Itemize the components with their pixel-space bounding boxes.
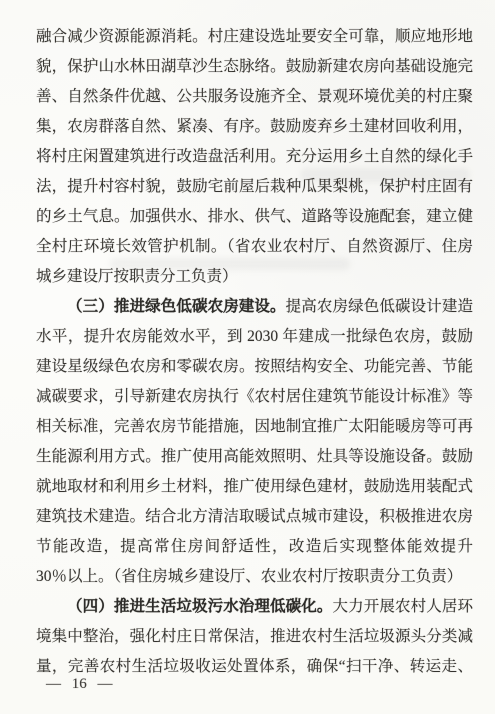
- text-segment: 的乡土气息。加强供水、排水、供气、道路等设施配套，建立健: [36, 208, 473, 225]
- text-segment: 貌，保护山水林田湖草沙生态脉络。鼓励新建农房向基础设施完: [36, 58, 473, 75]
- text-segment: 法，提升村容村貌，鼓励宅前屋后栽种瓜果梨桃，保护村庄固有: [36, 178, 473, 195]
- text-line: 善、自然条件优越、公共服务设施齐全、景观环境优美的村庄聚: [36, 82, 473, 112]
- text-segment: 相关标准，完善农房节能措施，因地制宜推广太阳能暖房等可再: [36, 418, 473, 435]
- text-line: 生能源利用方式。推广使用高能效照明、灶具等设施设备。鼓励: [36, 442, 473, 472]
- text-segment: 善、自然条件优越、公共服务设施齐全、景观环境优美的村庄聚: [36, 88, 473, 105]
- text-line: 就地取材和利用乡土材料，推广使用绿色建材，鼓励选用装配式: [36, 472, 473, 502]
- text-segment: 水平，提升农房能效水平，到 2030 年建成一批绿色农房，鼓励: [36, 328, 473, 345]
- text-segment: 30％以上。（省住房城乡建设厅、农业农村厅按职责分工负责）: [36, 568, 462, 585]
- text-segment: 城乡建设厅按职责分工负责）: [36, 268, 238, 285]
- text-segment: 将村庄闲置建筑进行改造盘活利用。充分运用乡土自然的绿化手: [36, 148, 473, 165]
- text-segment: 建设星级绿色农房和零碳农房。按照结构安全、功能完善、节能: [36, 358, 473, 375]
- text-line: 貌，保护山水林田湖草沙生态脉络。鼓励新建农房向基础设施完: [36, 52, 473, 82]
- text-segment: 节能改造，提高常住房间舒适性，改造后实现整体能效提升: [36, 538, 473, 555]
- text-segment: 量，完善农村生活垃圾收运处置体系，确保“扫干净、转运走、: [36, 658, 473, 675]
- text-segment: 境集中整治，强化村庄日常保洁，推进农村生活垃圾源头分类减: [36, 628, 473, 645]
- text-segment: 集，农房群落自然、紧凑、有序。鼓励废弃乡土建材回收利用，: [36, 118, 473, 135]
- text-segment: 减碳要求，引导新建农房执行《农村居住建筑节能设计标准》等: [36, 388, 473, 405]
- page-number: — 16 —: [46, 674, 113, 694]
- text-segment: 融合减少资源能源消耗。村庄建设选址要安全可靠，顺应地形地: [36, 28, 473, 45]
- text-line: 的乡土气息。加强供水、排水、供气、道路等设施配套，建立健: [36, 202, 473, 232]
- text-segment: 生能源利用方式。推广使用高能效照明、灶具等设施设备。鼓励: [36, 448, 473, 465]
- text-line: 将村庄闲置建筑进行改造盘活利用。充分运用乡土自然的绿化手: [36, 142, 473, 172]
- text-line: 节能改造，提高常住房间舒适性，改造后实现整体能效提升: [36, 532, 473, 562]
- text-line: （四）推进生活垃圾污水治理低碳化。大力开展农村人居环: [36, 592, 473, 622]
- text-block: 融合减少资源能源消耗。村庄建设选址要安全可靠，顺应地形地貌，保护山水林田湖草沙生…: [36, 22, 473, 682]
- text-line: 建筑技术建造。结合北方清洁取暖试点城市建设，积极推进农房: [36, 502, 473, 532]
- section-heading: （三）推进绿色低碳农房建设。: [67, 298, 286, 315]
- text-line: 水平，提升农房能效水平，到 2030 年建成一批绿色农房，鼓励: [36, 322, 473, 352]
- text-line: 全村庄环境长效管护机制。（省农业农村厅、自然资源厅、住房: [36, 232, 473, 262]
- text-line: 集，农房群落自然、紧凑、有序。鼓励废弃乡土建材回收利用，: [36, 112, 473, 142]
- text-line: （三）推进绿色低碳农房建设。提高农房绿色低碳设计建造: [36, 292, 473, 322]
- text-segment: 全村庄环境长效管护机制。（省农业农村厅、自然资源厅、住房: [36, 238, 473, 255]
- text-line: 相关标准，完善农房节能措施，因地制宜推广太阳能暖房等可再: [36, 412, 473, 442]
- text-segment: 提高农房绿色低碳设计建造: [286, 298, 473, 315]
- text-segment: 就地取材和利用乡土材料，推广使用绿色建材，鼓励选用装配式: [36, 478, 473, 495]
- text-segment: 建筑技术建造。结合北方清洁取暖试点城市建设，积极推进农房: [36, 508, 473, 525]
- text-line: 境集中整治，强化村庄日常保洁，推进农村生活垃圾源头分类减: [36, 622, 473, 652]
- text-line: 融合减少资源能源消耗。村庄建设选址要安全可靠，顺应地形地: [36, 22, 473, 52]
- text-segment: 大力开展农村人居环: [333, 598, 473, 615]
- section-heading: （四）推进生活垃圾污水治理低碳化。: [67, 598, 333, 615]
- text-line: 减碳要求，引导新建农房执行《农村居住建筑节能设计标准》等: [36, 382, 473, 412]
- text-line: 城乡建设厅按职责分工负责）: [36, 262, 473, 292]
- text-line: 法，提升村容村貌，鼓励宅前屋后栽种瓜果梨桃，保护村庄固有: [36, 172, 473, 202]
- text-line: 30％以上。（省住房城乡建设厅、农业农村厅按职责分工负责）: [36, 562, 473, 592]
- document-page: 融合减少资源能源消耗。村庄建设选址要安全可靠，顺应地形地貌，保护山水林田湖草沙生…: [0, 0, 495, 714]
- text-line: 建设星级绿色农房和零碳农房。按照结构安全、功能完善、节能: [36, 352, 473, 382]
